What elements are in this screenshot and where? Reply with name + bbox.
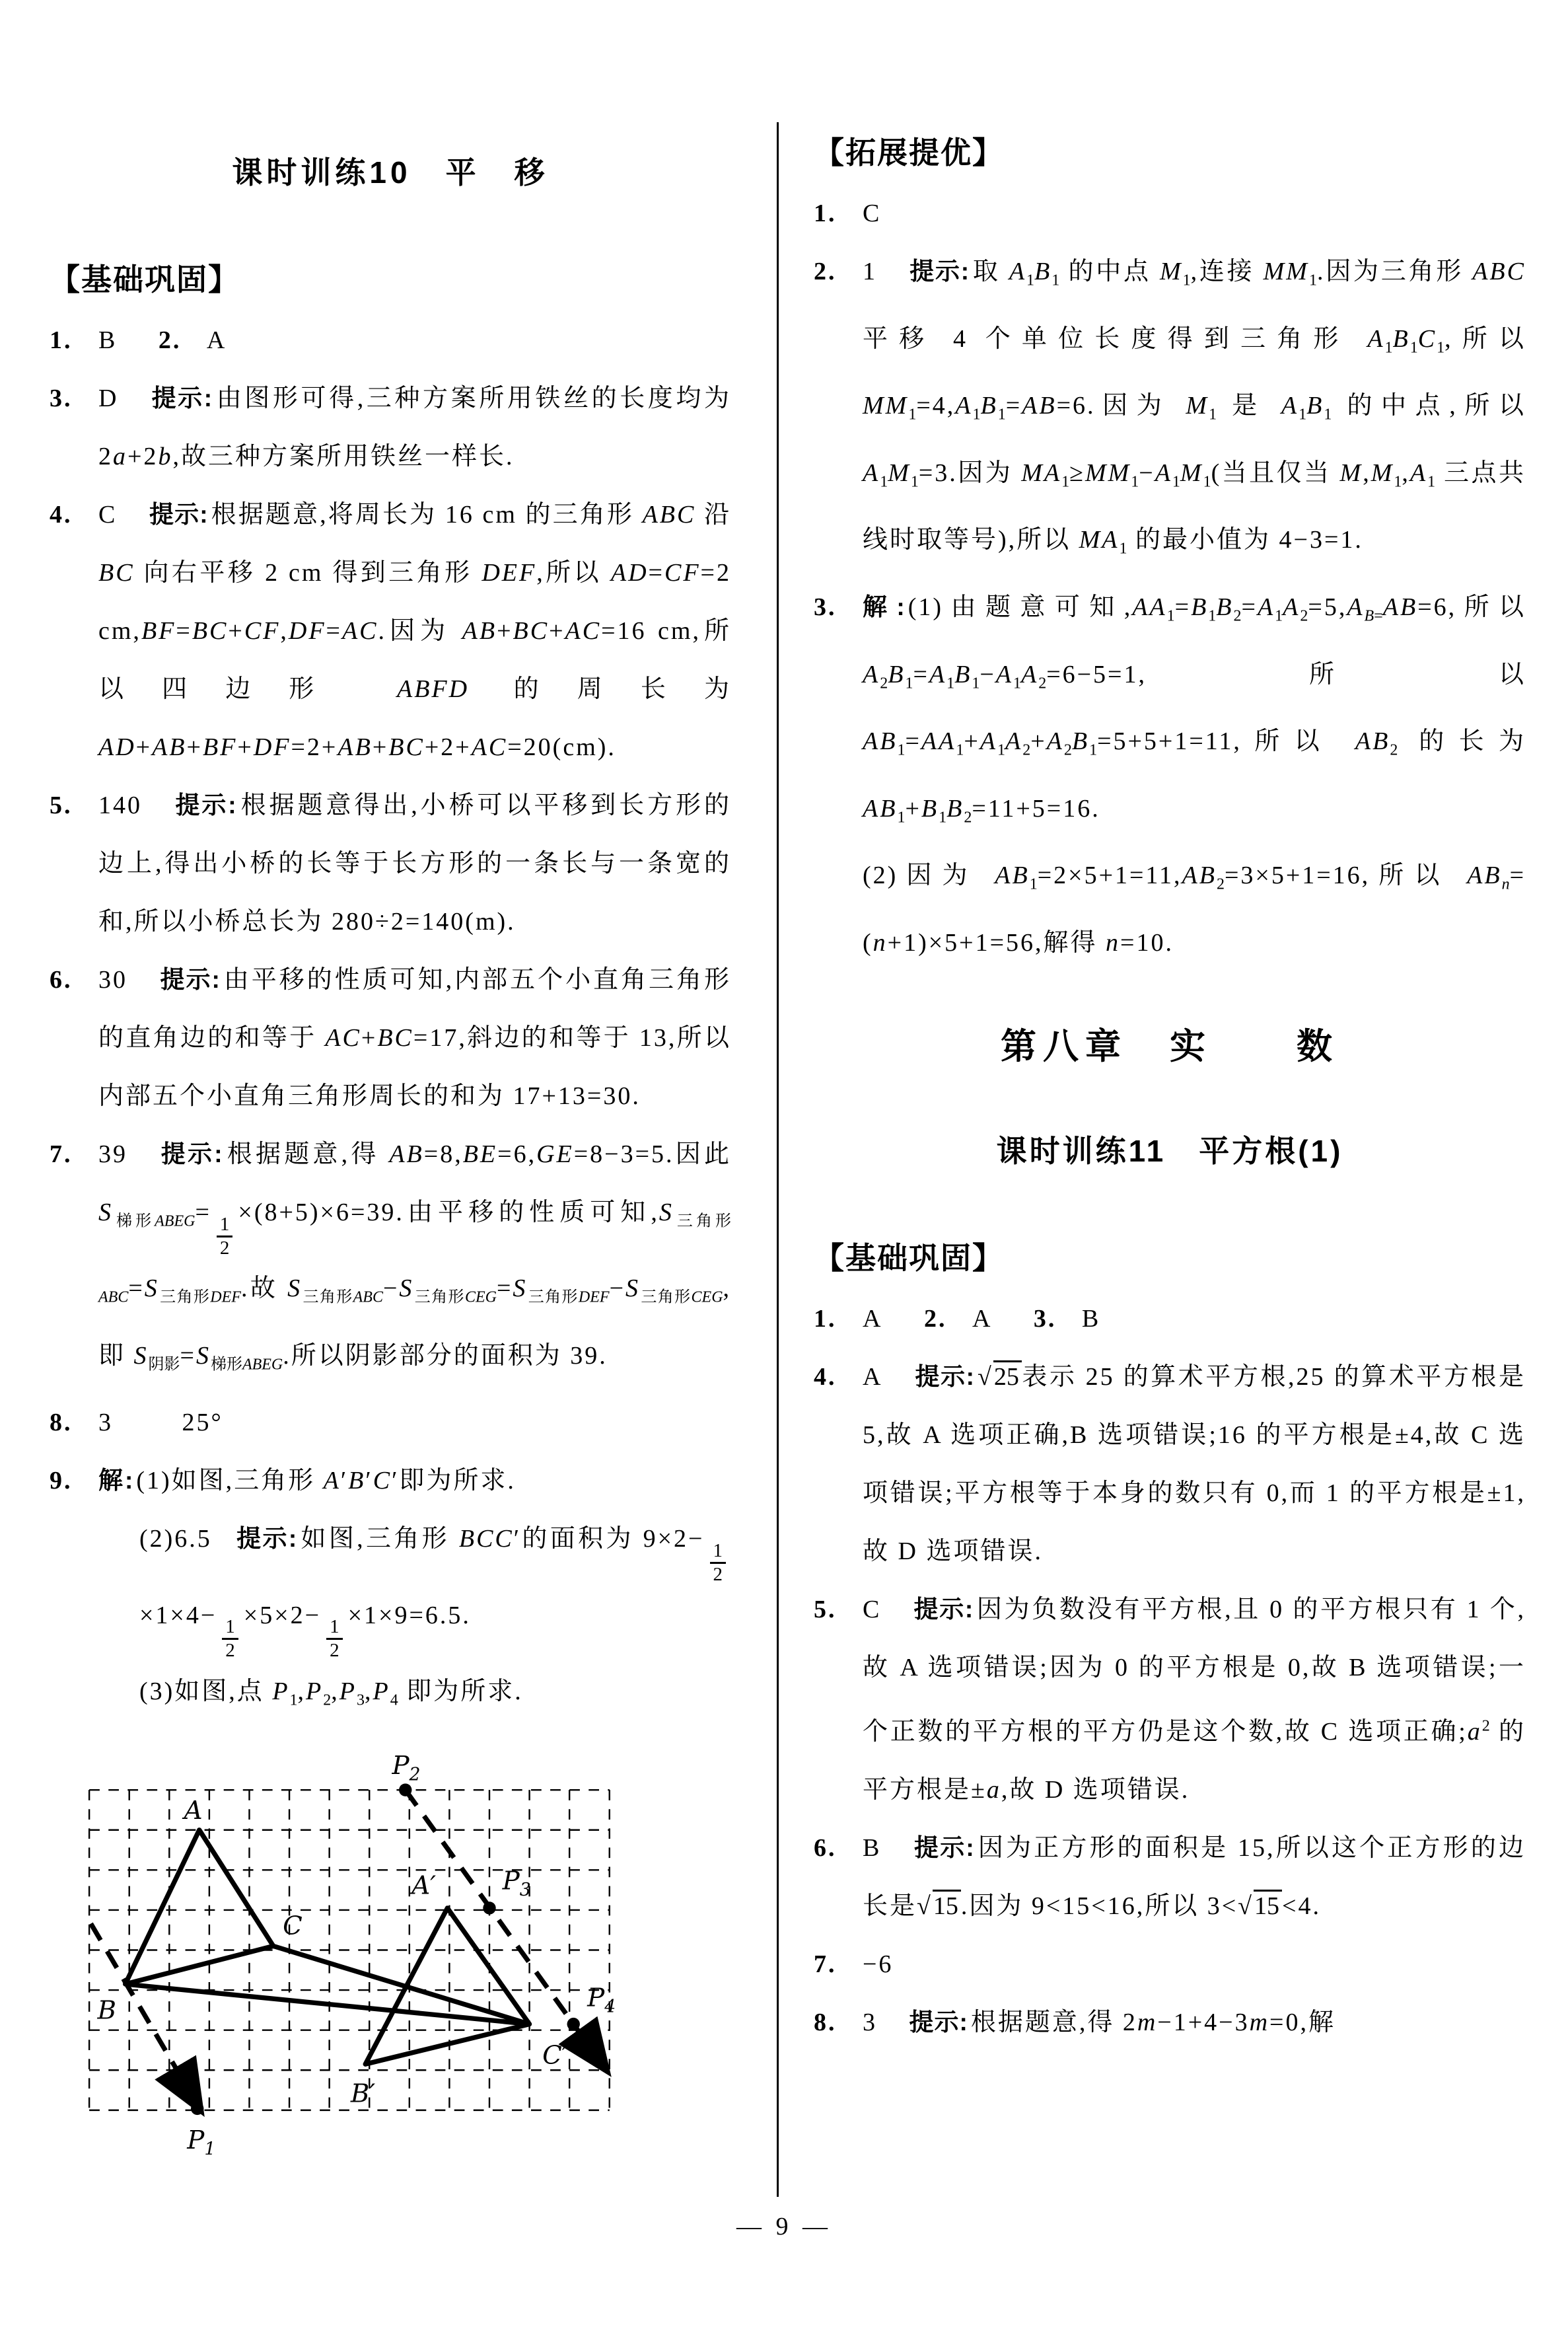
item-number: 6. xyxy=(50,951,73,1009)
item-number: 4. xyxy=(814,1348,837,1406)
answer-item-ext-2: 2. 1 提示:取 A1B1 的中点 M1,连接 MM1.因为三角形 ABC 平… xyxy=(814,242,1526,578)
answer-letter: A xyxy=(863,1305,882,1333)
solution-part-1: (1)如图,三角形 A′B′C′即为所求. xyxy=(136,1467,516,1495)
point-p1 xyxy=(191,2102,203,2115)
solution-label: 解: xyxy=(863,593,907,620)
answer-letter: C xyxy=(98,501,117,529)
answer-value: (2)6.5 xyxy=(139,1525,212,1553)
item-number: 6. xyxy=(814,1819,837,1877)
answer-value: 3 xyxy=(98,1409,113,1436)
lesson-11-title: 课时训练11 平方根(1) xyxy=(814,1127,1526,1171)
answer-item-11-8: 8. 3 提示:根据题意,得 2m−1+4−3m=0,解 xyxy=(814,1993,1526,2051)
point-p4 xyxy=(567,2018,580,2030)
explanation-text: 根据题意,将周长为 16 cm 的三角形 ABC 沿 BC 向右平移 2 cm … xyxy=(98,501,731,761)
item-number: 5. xyxy=(50,776,73,834)
answer-letter: C xyxy=(863,200,881,227)
answer-letter: C xyxy=(863,1596,881,1623)
workbook-answer-page: 课时训练10 平 移 【基础巩固】 1. B 2. A 3. D 提示:由图形可… xyxy=(0,0,1568,2325)
answer-item-8: 8. 3 25° xyxy=(50,1393,731,1452)
lesson-10-title: 课时训练10 平 移 xyxy=(50,149,731,192)
point-p2 xyxy=(399,1784,411,1796)
answer-value: 39 xyxy=(98,1140,127,1168)
answer-item-11-6: 6. B 提示:因为正方形的面积是 15,所以这个正方形的边长是√15.因为 9… xyxy=(814,1819,1526,1935)
explanation-text: √25表示 25 的算术平方根,25 的算术平方根是 5,故 A 选项正确,B … xyxy=(863,1360,1526,1565)
answer-value: 1 xyxy=(863,258,877,285)
item-number: 2. xyxy=(924,1305,947,1333)
hint-label: 提示: xyxy=(161,1140,223,1167)
label-b-prime: B′ xyxy=(350,2079,375,2109)
left-column: 课时训练10 平 移 【基础巩固】 1. B 2. A 3. D 提示:由图形可… xyxy=(50,149,731,2164)
hint-label: 提示: xyxy=(914,1596,974,1623)
hint-label: 提示: xyxy=(160,966,220,993)
hint-label: 提示: xyxy=(149,501,209,528)
item-number: 2. xyxy=(814,242,837,301)
page-number: — 9 — xyxy=(0,2212,1568,2241)
label-c: C xyxy=(283,1911,303,1941)
answer-item-11-1-2-3: 1. A 2. A 3. B xyxy=(814,1290,1526,1348)
hint-label: 提示: xyxy=(152,385,213,412)
right-answer-list-basic: 1. A 2. A 3. B 4. A 提示:√25表示 25 的算术平方根,2… xyxy=(814,1290,1526,2051)
label-c-prime: C′ xyxy=(542,2041,568,2071)
item-number: 3. xyxy=(1034,1305,1057,1333)
column-divider xyxy=(777,122,779,2197)
item-number: 3. xyxy=(814,578,837,636)
section-extension: 【拓展提优】 xyxy=(814,129,1526,172)
answer-value: 25° xyxy=(182,1409,223,1436)
section-basic-left: 【基础巩固】 xyxy=(50,256,731,299)
hint-label: 提示: xyxy=(175,792,236,819)
item-number: 8. xyxy=(50,1393,73,1452)
point-p3 xyxy=(483,1902,495,1915)
hint-label: 提示: xyxy=(909,2009,968,2036)
left-answer-list: 1. B 2. A 3. D 提示:由图形可得,三种方案所用铁丝的长度均为 2a… xyxy=(50,311,731,1729)
label-a-prime: A′ xyxy=(410,1871,436,1901)
answer-value: 140 xyxy=(98,792,142,819)
answer-letter: B xyxy=(1082,1305,1100,1333)
hint-label: 提示: xyxy=(915,1363,975,1390)
answer-value: 3 xyxy=(863,2009,877,2036)
item-number: 7. xyxy=(50,1125,73,1183)
explanation-text: 根据题意,得 AB=8,BE=6,GE=8−3=5.因此 S梯形ABEG=12×… xyxy=(98,1140,731,1370)
explanation-text: 因为负数没有平方根,且 0 的平方根只有 1 个,故 A 选项错误;因为 0 的… xyxy=(863,1596,1526,1804)
item-number: 1. xyxy=(814,184,837,242)
explanation-text: 取 A1B1 的中点 M1,连接 MM1.因为三角形 ABC 平移 4 个单位长… xyxy=(863,258,1526,554)
answer-letter: A xyxy=(863,1363,882,1391)
explanation-text: 根据题意,得 2m−1+4−3m=0,解 xyxy=(971,2009,1336,2036)
answer-item-11-4: 4. A 提示:√25表示 25 的算术平方根,25 的算术平方根是 5,故 A… xyxy=(814,1348,1526,1580)
item-number: 2. xyxy=(159,326,182,354)
item-number: 1. xyxy=(50,311,73,369)
answer-letter: B xyxy=(863,1834,881,1862)
right-column: 【拓展提优】 1. C 2. 1 提示:取 A1B1 的中点 M1,连接 MM1… xyxy=(814,129,1526,2051)
answer-item-5: 5. 140 提示:根据题意得出,小桥可以平移到长方形的边上,得出小桥的长等于长… xyxy=(50,776,731,951)
dashed-grid xyxy=(89,1790,610,2111)
section-basic-right: 【基础巩固】 xyxy=(814,1234,1526,1278)
chapter-8-title: 第八章 实 数 xyxy=(814,1018,1526,1069)
answer-item-1-2: 1. B 2. A xyxy=(50,311,731,369)
item-number: 3. xyxy=(50,369,73,427)
answer-item-7: 7. 39 提示:根据题意,得 AB=8,BE=6,GE=8−3=5.因此 S梯… xyxy=(50,1125,731,1393)
label-a: A xyxy=(182,1796,203,1826)
hint-label: 提示: xyxy=(914,1834,975,1861)
answer-value: −6 xyxy=(863,1950,893,1978)
answer-item-9: 9. 解:(1)如图,三角形 A′B′C′即为所求. (2)6.5提示:如图,三… xyxy=(50,1452,731,1729)
answer-letter: D xyxy=(98,385,118,412)
triangle-abc xyxy=(125,1830,273,1984)
item-number: 9. xyxy=(50,1452,73,1510)
label-p1: P1 xyxy=(186,2125,215,2160)
label-p4: P4 xyxy=(587,1983,616,2018)
solution-label: 解: xyxy=(98,1467,135,1494)
answer-letter: A xyxy=(207,326,227,354)
hint-label: 提示: xyxy=(236,1525,297,1552)
answer-item-ext-3: 3. 解:(1)由题意可知,AA1=B1B2=A1A2=5,AB=AB=6,所以… xyxy=(814,578,1526,972)
solution-part-2: (2)因为 AB1=2×5+1=11,AB2=3×5+1=16,所以 ABn=(… xyxy=(863,846,1526,972)
answer-item-4: 4. C 提示:根据题意,将周长为 16 cm 的三角形 ABC 沿 BC 向右… xyxy=(50,486,731,776)
solution-part-3: (3)如图,点 P1,P2,P3,P4 即为所求. xyxy=(98,1662,731,1730)
label-p3: P3 xyxy=(502,1866,531,1901)
answer-value: 30 xyxy=(98,966,127,994)
item-number: 4. xyxy=(50,486,73,544)
answer-item-ext-1: 1. C xyxy=(814,184,1526,242)
label-p2: P2 xyxy=(391,1752,420,1785)
answer-item-3: 3. D 提示:由图形可得,三种方案所用铁丝的长度均为 2a+2b,故三种方案所… xyxy=(50,369,731,486)
hint-label: 提示: xyxy=(909,258,970,285)
right-answer-list-extension: 1. C 2. 1 提示:取 A1B1 的中点 M1,连接 MM1.因为三角形 … xyxy=(814,184,1526,972)
answer-letter: A xyxy=(972,1305,992,1333)
answer-item-11-5: 5. C 提示:因为负数没有平方根,且 0 的平方根只有 1 个,故 A 选项错… xyxy=(814,1580,1526,1819)
answer-item-6: 6. 30 提示:由平移的性质可知,内部五个小直角三角形的直角边的和等于 AC+… xyxy=(50,951,731,1125)
item-number: 5. xyxy=(814,1580,837,1639)
item-number: 7. xyxy=(814,1935,837,1993)
answer-item-11-7: 7. −6 xyxy=(814,1935,1526,1993)
label-b: B xyxy=(97,1996,117,2026)
solution-part-2: 如图,三角形 BCC′的面积为 9×2−12×1×4−12×5×2−12×1×9… xyxy=(139,1525,731,1629)
answer-letter: B xyxy=(98,326,117,354)
item-number: 1. xyxy=(814,1290,837,1348)
solution-part-1: (1)由题意可知,AA1=B1B2=A1A2=5,AB=AB=6,所以 A2B1… xyxy=(863,593,1526,823)
grid-figure: A B C A′ B′ C′ P2 P3 P4 P1 xyxy=(81,1752,625,2164)
item-number: 8. xyxy=(814,1993,837,2051)
